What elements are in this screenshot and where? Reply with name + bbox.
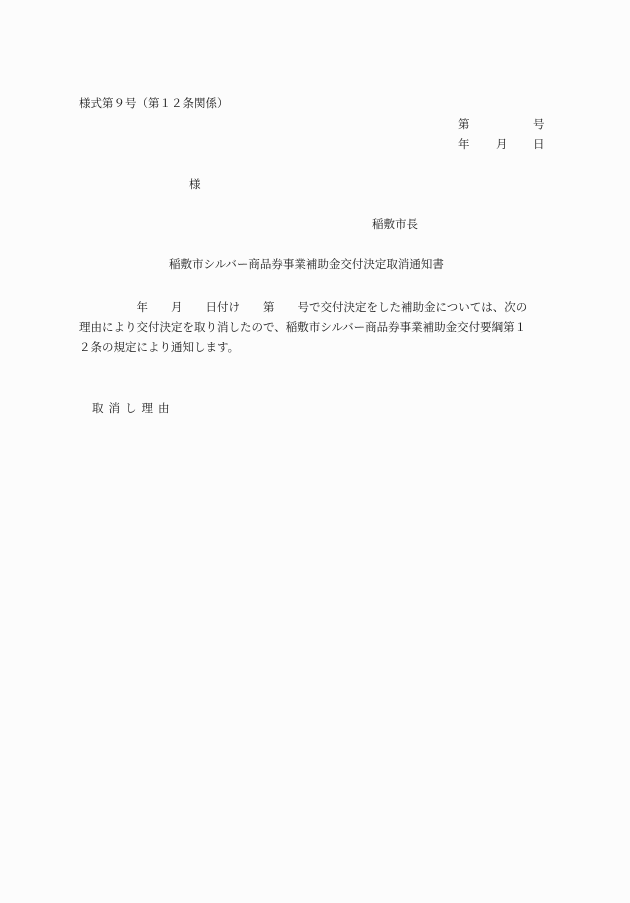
date-year-label: 年: [458, 139, 470, 151]
body-line-3: ２条の規定により通知します。: [79, 337, 553, 357]
form-identifier: 様式第９号（第１２条関係）: [79, 98, 229, 110]
document-number-prefix: 第: [458, 119, 470, 131]
addressee-honorific: 様: [189, 179, 201, 191]
cancellation-reason-label: 取消し理由: [92, 403, 175, 415]
date-day-label: 日: [533, 139, 545, 151]
body-line-2: 理由により交付決定を取り消したので、稲敷市シルバー商品券事業補助金交付要綱第１: [79, 317, 553, 337]
body-line-1: 年 月 日付け 第 号で交付決定をした補助金については、次の: [79, 297, 553, 317]
body-paragraph: 年 月 日付け 第 号で交付決定をした補助金については、次の 理由により交付決定…: [79, 297, 553, 357]
document-title: 稲敷市シルバー商品券事業補助金交付決定取消通知書: [169, 259, 444, 271]
sender-name: 稲敷市長: [372, 219, 418, 231]
date-month-label: 月: [496, 139, 508, 151]
document-number-suffix: 号: [533, 119, 545, 131]
